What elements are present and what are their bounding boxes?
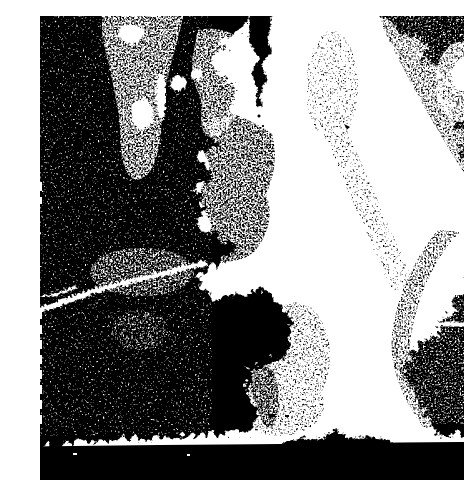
below-crest-mottle (112, 310, 168, 350)
bow-speck (269, 414, 275, 417)
sea (40, 442, 464, 481)
column-speck (258, 115, 261, 118)
dither-column-left-fringe (262, 302, 330, 410)
photograph-frame (40, 16, 464, 480)
sea-glint (73, 453, 77, 455)
crest-mottle (90, 248, 194, 296)
cloud-white-patch (210, 49, 238, 71)
column-speck (262, 125, 264, 127)
sea-glint (187, 454, 190, 456)
grain-lower-right-cloud (398, 238, 464, 424)
explosion-photograph (40, 16, 464, 480)
bow-speck (285, 415, 289, 417)
grain-left-cloud (40, 16, 212, 436)
